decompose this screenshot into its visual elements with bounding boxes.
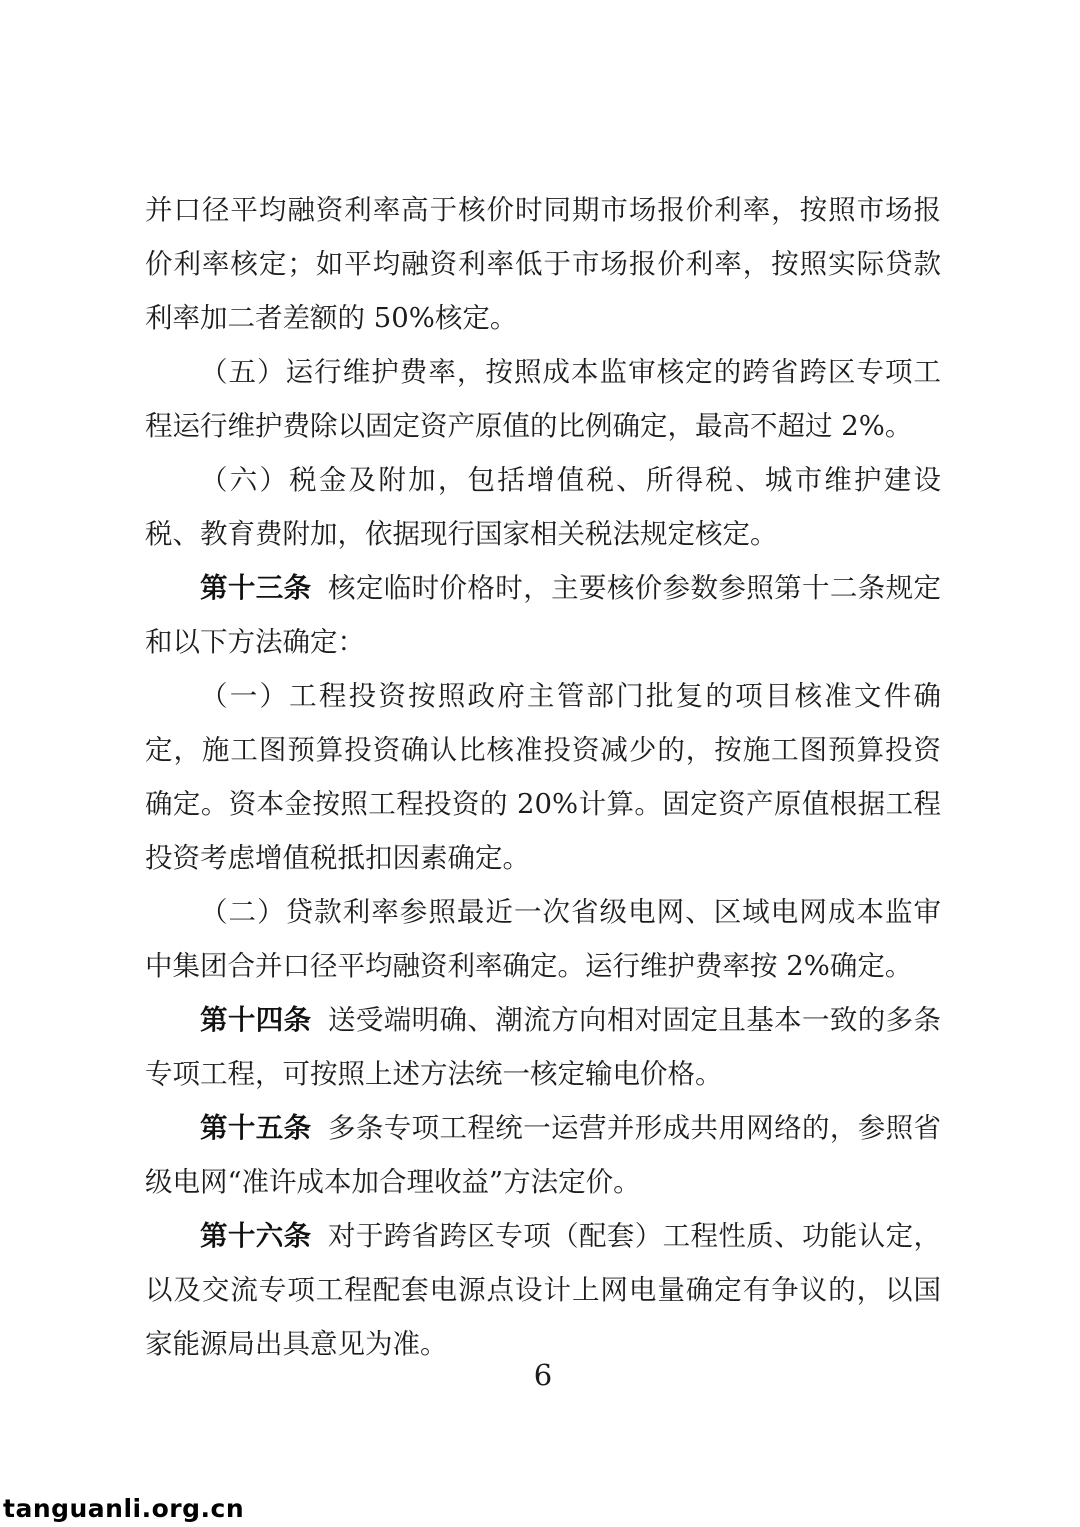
article-paragraph: 第十六条对于跨省跨区专项（配套）工程性质、功能认定，以及交流专项工程配套电源点设… xyxy=(145,1209,941,1371)
page-number: 6 xyxy=(145,1358,941,1392)
article-number: 第十三条 xyxy=(200,572,312,604)
document-page: 并口径平均融资利率高于核价时同期市场报价利率，按照市场报价利率核定；如平均融资利… xyxy=(0,0,1080,1527)
paragraph-text: （六）税金及附加，包括增值税、所得税、城市维护建设税、教育费附加，依据现行国家相… xyxy=(145,464,941,550)
document-body: 并口径平均融资利率高于核价时同期市场报价利率，按照市场报价利率核定；如平均融资利… xyxy=(145,183,941,1371)
article-number: 第十六条 xyxy=(200,1220,312,1252)
paragraph-text: （五）运行维护费率，按照成本监审核定的跨省跨区专项工程运行维护费除以固定资产原值… xyxy=(145,356,941,442)
watermark: tanguanli.org.cn xyxy=(3,1496,244,1522)
paragraph-text: （二）贷款利率参照最近一次省级电网、区域电网成本监审中集团合并口径平均融资利率确… xyxy=(145,896,941,982)
article-paragraph: 第十五条多条专项工程统一运营并形成共用网络的，参照省级电网“准许成本加合理收益”… xyxy=(145,1101,941,1209)
body-paragraph: 并口径平均融资利率高于核价时同期市场报价利率，按照市场报价利率核定；如平均融资利… xyxy=(145,183,941,345)
article-paragraph: 第十三条核定临时价格时，主要核价参数参照第十二条规定和以下方法确定： xyxy=(145,561,941,669)
paragraph-text: 并口径平均融资利率高于核价时同期市场报价利率，按照市场报价利率核定；如平均融资利… xyxy=(145,194,941,334)
article-number: 第十五条 xyxy=(200,1112,312,1144)
article-number: 第十四条 xyxy=(200,1004,312,1036)
body-paragraph: （二）贷款利率参照最近一次省级电网、区域电网成本监审中集团合并口径平均融资利率确… xyxy=(145,885,941,993)
paragraph-text: （一）工程投资按照政府主管部门批复的项目核准文件确定，施工图预算投资确认比核准投… xyxy=(145,680,941,874)
article-paragraph: 第十四条送受端明确、潮流方向相对固定且基本一致的多条专项工程，可按照上述方法统一… xyxy=(145,993,941,1101)
body-paragraph: （一）工程投资按照政府主管部门批复的项目核准文件确定，施工图预算投资确认比核准投… xyxy=(145,669,941,885)
body-paragraph: （五）运行维护费率，按照成本监审核定的跨省跨区专项工程运行维护费除以固定资产原值… xyxy=(145,345,941,453)
body-paragraph: （六）税金及附加，包括增值税、所得税、城市维护建设税、教育费附加，依据现行国家相… xyxy=(145,453,941,561)
